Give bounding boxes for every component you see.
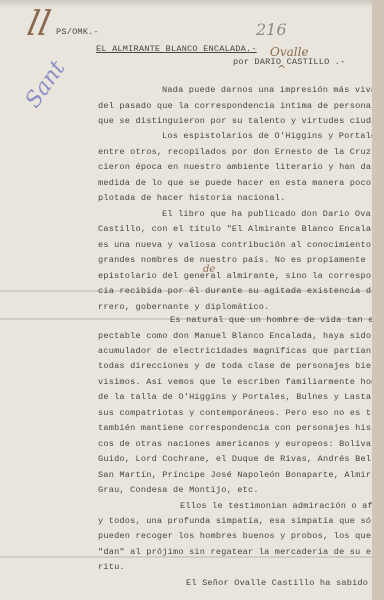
scan-edge (372, 0, 384, 600)
body-line: visimos. Así vemos que le escriben famil… (98, 377, 384, 387)
body-line: de la talla de O'Higgins y Portales, Bul… (98, 392, 384, 402)
byline: por DARIO CASTILLO .- (233, 57, 346, 67)
body-line: Nada puede darnos una impresión más viva (162, 85, 376, 95)
body-line: Grau, Condesa de Montijo, etc. (98, 485, 259, 495)
body-line: sus compatriotas y contemporáneos. Pero … (98, 408, 384, 418)
body-line: medida de lo que se puede hacer en esta … (98, 178, 384, 188)
body-line: cos de otras naciones americanos y europ… (98, 439, 382, 449)
body-line: rrero, gobernante y diplomático. (98, 302, 269, 312)
body-line: todas direcciones y de toda clase de per… (98, 361, 377, 371)
body-line: Es natural que un hombre de vida tan ex- (170, 315, 384, 325)
body-line: acumulador de electricidades magníficas … (98, 346, 384, 356)
body-line: es una nueva y valiosa contribución al c… (98, 240, 384, 250)
body-line: plotada de hacer historia nacional. (98, 193, 286, 203)
body-line: entre otros, recopilados por don Ernesto… (98, 147, 384, 157)
body-line: también mantiene correspondencia con per… (98, 423, 384, 433)
body-line: Ellos le testimonian admiración o afecto… (180, 501, 384, 511)
reference-code: PS/OMK.- (56, 27, 99, 37)
body-line: cieron época en nuestro ambiente literar… (98, 162, 384, 172)
body-line: El libro que ha publicado don Dario Oval… (162, 209, 384, 219)
body-line: Los espistolarios de O'Higgins y Portale… (162, 131, 384, 141)
body-line: Guido, Lord Cochrane, el Duque de Rivas,… (98, 454, 384, 464)
paper-fold-top (0, 0, 372, 6)
body-line: y todos, una profunda simpatía, esa simp… (98, 516, 382, 526)
body-line: pueden recoger los hombres buenos y prob… (98, 531, 384, 541)
margin-signature: Sant (21, 56, 71, 112)
body-line: epistolario del general almirante, sino … (98, 271, 384, 281)
body-line: pectable como don Manuel Blanco Encalada… (98, 331, 384, 341)
typewritten-page: ll Sant 216 Ovalle ^ de PS/OMK.- EL ALMI… (0, 0, 372, 600)
page-number: 216 (256, 20, 287, 39)
body-line: "dan" al prójimo sin regatear la mercade… (98, 547, 384, 557)
body-line: que se distinguieron por su talento y vi… (98, 116, 384, 126)
body-line: grandes nombres de nuestro país. No es p… (98, 255, 382, 265)
body-line: San Martín, Príncipe José Napoleón Bonap… (98, 470, 384, 480)
body-line: cia recibida por él durante su agitada e… (98, 286, 384, 296)
body-line: del pasado que la correspondencia íntima… (98, 101, 384, 111)
body-line: El Señor Ovalle Castillo ha sabido or- (186, 578, 384, 588)
document-title: EL ALMIRANTE BLANCO ENCALADA.- (96, 44, 257, 54)
margin-mark: ll (24, 4, 54, 44)
body-line: ritu. (98, 562, 125, 572)
body-line: Castillo, con el título "El Almirante Bl… (98, 224, 384, 234)
